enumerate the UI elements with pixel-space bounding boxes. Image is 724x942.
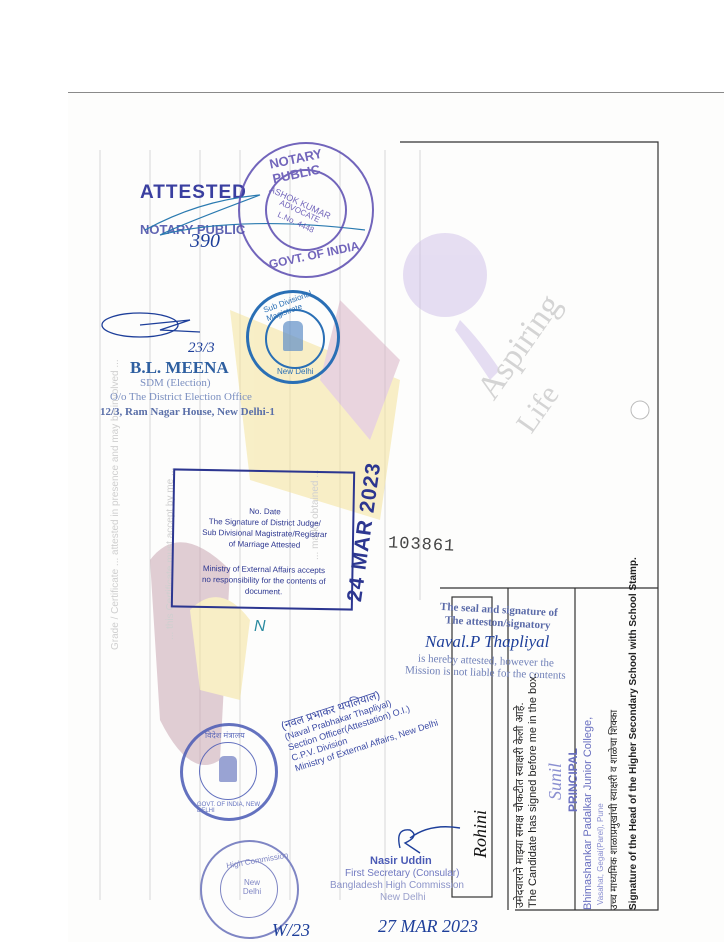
- sdm-seal-city: New Delhi: [277, 367, 313, 376]
- emblem-icon: [219, 756, 237, 782]
- bangladesh-city: New Delhi: [380, 892, 426, 903]
- sdm-name: B.L. MEENA: [130, 358, 229, 378]
- candidate-hindi-line: उमेदवाराने माझ्या समक्ष चौकटीत स्वाक्षरी…: [512, 702, 527, 908]
- bangladesh-office: Bangladesh High Commission: [330, 880, 464, 891]
- mea-box-lines: No. Date The Signature of District Judge…: [181, 505, 348, 599]
- bangladesh-signature: [380, 818, 470, 858]
- scanned-document: Grade / Certificate ... attested in pres…: [0, 0, 724, 942]
- sdm-office: O/o The District Election Office: [110, 391, 252, 403]
- bangladesh-officer-title: First Secretary (Consular): [345, 868, 459, 879]
- sdm-signature: [100, 300, 250, 350]
- notary-seal: NOTARY PUBLIC ASHOK KUMAR ADVOCATE L.No.…: [238, 142, 374, 278]
- candidate-hindi-footer: उच्च माध्यमिक शाळाप्रमुखांची स्वाक्षरी व…: [606, 710, 620, 910]
- mea-box-stamp: No. Date The Signature of District Judge…: [171, 468, 355, 610]
- sdm-seal: Sub Divisional Magistrate New Delhi: [246, 290, 340, 384]
- college-name: Bhimashankar Padalkar Junior College,: [582, 717, 594, 910]
- attestation-signature: Naval.P Thapliyal: [425, 632, 549, 652]
- bangladesh-seal-center: New Delhi: [237, 878, 267, 896]
- mea-seal-bottom: GOVT. OF INDIA, NEW DELHI: [197, 802, 275, 814]
- mea-seal: विदेश मंत्रालय GOVT. OF INDIA, NEW DELHI: [180, 723, 278, 821]
- mea-initials: N: [254, 618, 266, 636]
- bangladesh-date: 27 MAR 2023: [378, 916, 478, 937]
- candidate-signature: Rohini: [470, 810, 491, 858]
- candidate-english-footer: Signature of the Head of the Higher Seco…: [628, 557, 639, 910]
- sdm-title: SDM (Election): [140, 377, 211, 389]
- serial-number: 103861: [388, 534, 456, 556]
- principal-signature: Sunil: [545, 763, 566, 800]
- candidate-english-line: The Candidate has signed before me in th…: [527, 673, 539, 908]
- emblem-icon: [283, 321, 303, 351]
- sdm-handwritten: 23/3: [188, 340, 215, 357]
- bangladesh-ref: W/23: [272, 920, 310, 941]
- college-address: Vasahat, Gegai(Parel), Pune: [596, 803, 605, 905]
- principal-title: PRINCIPAL: [566, 748, 580, 812]
- bangladesh-officer-name: Nasir Uddin: [370, 855, 432, 867]
- sdm-address: 12/3, Ram Nagar House, New Delhi-1: [100, 406, 275, 418]
- mea-seal-top: विदेश मंत्रालय: [205, 730, 245, 741]
